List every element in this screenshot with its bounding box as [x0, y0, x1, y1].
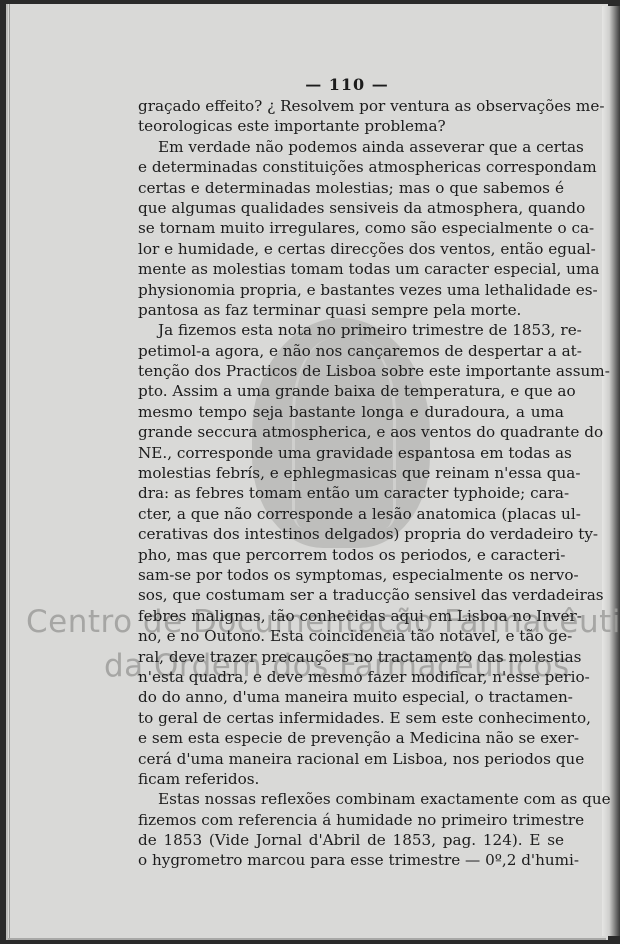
- page-left-edge: [9, 4, 10, 940]
- text-line: petimol-a agora, e não nos cançaremos de…: [138, 341, 564, 361]
- text-line: e sem esta especie de prevenção a Medici…: [138, 728, 564, 748]
- text-line: mesmo tempo seja bastante longa e durado…: [138, 402, 564, 422]
- text-line: fizemos com referencia á humidade no pri…: [138, 810, 564, 830]
- text-line: e determinadas constituições atmospheric…: [138, 157, 564, 177]
- text-line: de 1853 (Vide Jornal d'Abril de 1853, pa…: [138, 830, 564, 850]
- text-line: que algumas qualidades sensiveis da atmo…: [138, 198, 564, 218]
- text-line: grande seccura atmospherica, e aos vento…: [138, 422, 564, 442]
- text-line: sam-se por todos os symptomas, especialm…: [138, 565, 564, 585]
- text-lines: graçado effeito? ¿ Resolvem por ventura …: [138, 96, 564, 871]
- text-line: to geral de certas infermidades. E sem e…: [138, 708, 564, 728]
- text-line: cerativas dos intestinos delgados) propr…: [138, 524, 564, 544]
- text-line: Estas nossas reflexões combinam exactame…: [138, 789, 564, 809]
- text-line: Em verdade não podemos ainda asseverar q…: [138, 137, 564, 157]
- text-line: mente as molestias tomam todas um caract…: [138, 259, 564, 279]
- text-line: graçado effeito? ¿ Resolvem por ventura …: [138, 96, 564, 116]
- text-line: certas e determinadas molestias; mas o q…: [138, 178, 564, 198]
- text-line: lor e humidade, e certas direcções dos v…: [138, 239, 564, 259]
- text-line: febres malignas, tão conhecidas aqui em …: [138, 606, 564, 626]
- text-line: do do anno, d'uma maneira muito especial…: [138, 687, 564, 707]
- text-line: no, e no Outono. Esta coincidencia tão n…: [138, 626, 564, 646]
- text-line: pto. Assim a uma grande baixa de tempera…: [138, 381, 564, 401]
- text-line: ficam referidos.: [138, 769, 564, 789]
- text-line: molestias febrís, e ephlegmasicas que re…: [138, 463, 564, 483]
- text-line: physionomia propria, e bastantes vezes u…: [138, 280, 564, 300]
- text-line: cter, a que não corresponde a lesão anat…: [138, 504, 564, 524]
- page-number: — 110 —: [130, 74, 564, 96]
- text-line: Ja fizemos esta nota no primeiro trimest…: [138, 320, 564, 340]
- text-line: o hygrometro marcou para esse trimestre …: [138, 850, 564, 870]
- text-line: pantosa as faz terminar quasi sempre pel…: [138, 300, 564, 320]
- text-line: NE., corresponde uma gravidade espantosa…: [138, 443, 564, 463]
- text-line: se tornam muito irregulares, como são es…: [138, 218, 564, 238]
- text-line: sos, que costumam ser a traducção sensiv…: [138, 585, 564, 605]
- text-line: ral, deve trazer precauções no tractamen…: [138, 647, 564, 667]
- page-bottom-edge: [8, 938, 606, 940]
- text-line: tenção dos Practicos de Lisboa sobre est…: [138, 361, 564, 381]
- page-body: — 110 — graçado effeito? ¿ Resolvem por …: [138, 74, 564, 871]
- text-line: pho, mas que percorrem todos os periodos…: [138, 545, 564, 565]
- text-line: n'esta quadra, e deve mesmo fazer modifi…: [138, 667, 564, 687]
- text-line: cerá d'uma maneira racional em Lisboa, n…: [138, 749, 564, 769]
- text-line: teorologicas este importante problema?: [138, 116, 564, 136]
- text-line: dra: as febres tomam então um caracter t…: [138, 483, 564, 503]
